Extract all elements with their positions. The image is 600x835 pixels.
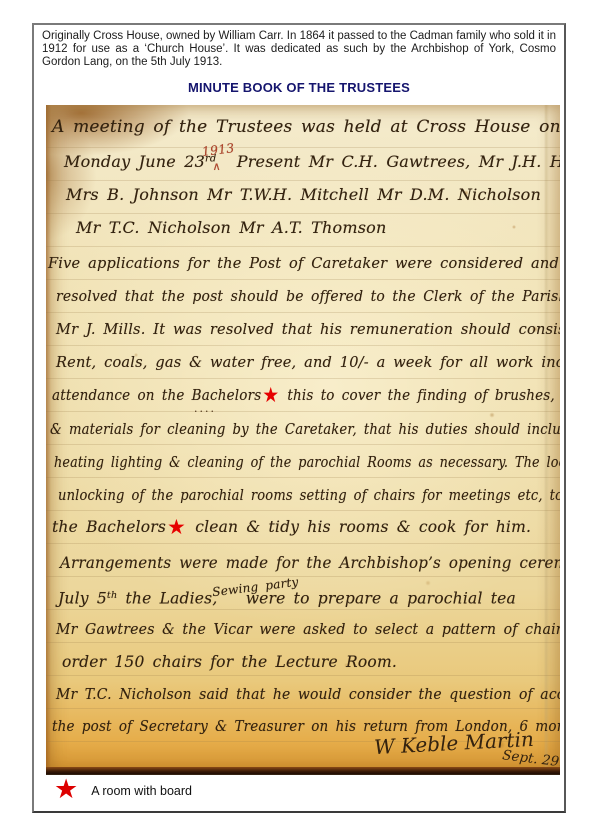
handwritten-text: unlocking of the parochial rooms setting…	[58, 486, 560, 504]
document-page: Originally Cross House, owned by William…	[0, 0, 600, 835]
handwritten-text: Mrs B. Johnson Mr T.W.H. Mitchell Mr D.M…	[66, 185, 541, 204]
inserted-text: Sewing party	[226, 588, 238, 604]
manuscript-line: Mr J. Mills. It was resolved that his re…	[56, 320, 560, 338]
handwritten-text: the Bachelors	[52, 518, 166, 536]
manuscript-line: Rent, coals, gas & water free, and 10/- …	[56, 353, 560, 371]
handwritten-text: the Ladies,	[117, 590, 225, 608]
page-title: MINUTE BOOK OF THE TRUSTEES	[34, 80, 564, 95]
manuscript-line: & materials for cleaning by the Caretake…	[50, 420, 560, 438]
manuscript-line: Mrs B. Johnson Mr T.W.H. Mitchell Mr D.M…	[66, 185, 541, 204]
handwritten-text: Present Mr C.H. Gawtrees, Mr J.H. Hollin…	[228, 152, 560, 171]
handwritten-text: were to prepare a parochial tea	[238, 590, 516, 608]
handwritten-text: this to cover the finding of brushes, so…	[280, 386, 560, 404]
manuscript-line: resolved that the post should be offered…	[56, 287, 560, 305]
manuscript-scan: A meeting of the Trustees was held at Cr…	[46, 105, 560, 775]
manuscript-line: the Bachelors★ clean & tidy his rooms & …	[52, 518, 531, 537]
handwritten-text: A meeting of the Trustees was held at Cr…	[52, 117, 560, 137]
manuscript-line: order 150 chairs for the Lecture Room.	[62, 653, 397, 672]
manuscript-line: Mr T.C. Nicholson said that he would con…	[56, 685, 560, 703]
manuscript-line: unlocking of the parochial rooms setting…	[58, 486, 560, 504]
handwritten-text: Mr T.C. Nicholson said that he would con…	[56, 685, 560, 703]
insertion-caret-icon: ∧	[212, 160, 220, 173]
handwritten-text: Arrangements were made for the Archbisho…	[60, 554, 560, 572]
manuscript-line: Mr T.C. Nicholson Mr A.T. Thomson	[76, 218, 387, 237]
ordinal-superscript: th	[107, 590, 117, 601]
manuscript-line: attendance on the Bachelors★ this to cov…	[52, 386, 560, 404]
handwritten-text: Rent, coals, gas & water free, and 10/- …	[56, 353, 560, 371]
room-with-board-star-icon: ★	[261, 383, 280, 407]
manuscript-line: July 5th the Ladies, Sewing party were t…	[58, 588, 516, 608]
legend: ★ A room with board	[54, 778, 192, 800]
manuscript-line: Monday June 23rd1913∧ Present Mr C.H. Ga…	[64, 151, 560, 171]
intro-paragraph: Originally Cross House, owned by William…	[42, 30, 556, 69]
inserted-text: 1913∧	[216, 151, 228, 167]
manuscript-line: Mr Gawtrees & the Vicar were asked to se…	[56, 620, 560, 638]
red-star-icon: ★	[54, 778, 78, 800]
handwritten-text: Mr Gawtrees & the Vicar were asked to se…	[56, 620, 560, 638]
manuscript-line: A meeting of the Trustees was held at Cr…	[52, 117, 560, 137]
handwritten-text: July 5	[58, 590, 107, 608]
handwritten-text: & materials for cleaning by the Caretake…	[50, 420, 560, 438]
handwritten-text: attendance on the Bachelors	[52, 386, 261, 404]
handwritten-text: Mr T.C. Nicholson Mr A.T. Thomson	[76, 218, 387, 237]
manuscript-line: Arrangements were made for the Archbisho…	[60, 554, 560, 573]
handwritten-text: clean & tidy his rooms & cook for him.	[187, 518, 531, 536]
manuscript-line: Five applications for the Post of Careta…	[48, 254, 560, 272]
handwritten-text: order 150 chairs for the Lecture Room.	[62, 653, 397, 671]
handwritten-text: Monday June 23	[64, 152, 205, 171]
handwritten-text: Mr J. Mills. It was resolved that his re…	[56, 320, 560, 338]
manuscript-line: heating lighting & cleaning of the paroc…	[54, 453, 560, 471]
handwritten-text: heating lighting & cleaning of the paroc…	[54, 453, 560, 471]
scan-bottom-shadow	[46, 767, 560, 775]
handwritten-text: resolved that the post should be offered…	[56, 287, 560, 305]
handwritten-text: Five applications for the Post of Careta…	[48, 254, 560, 272]
room-with-board-star-icon: ★	[166, 515, 187, 539]
emphasis-dots: ····	[194, 405, 216, 418]
legend-label: A room with board	[91, 780, 192, 798]
document-frame: Originally Cross House, owned by William…	[32, 23, 566, 813]
